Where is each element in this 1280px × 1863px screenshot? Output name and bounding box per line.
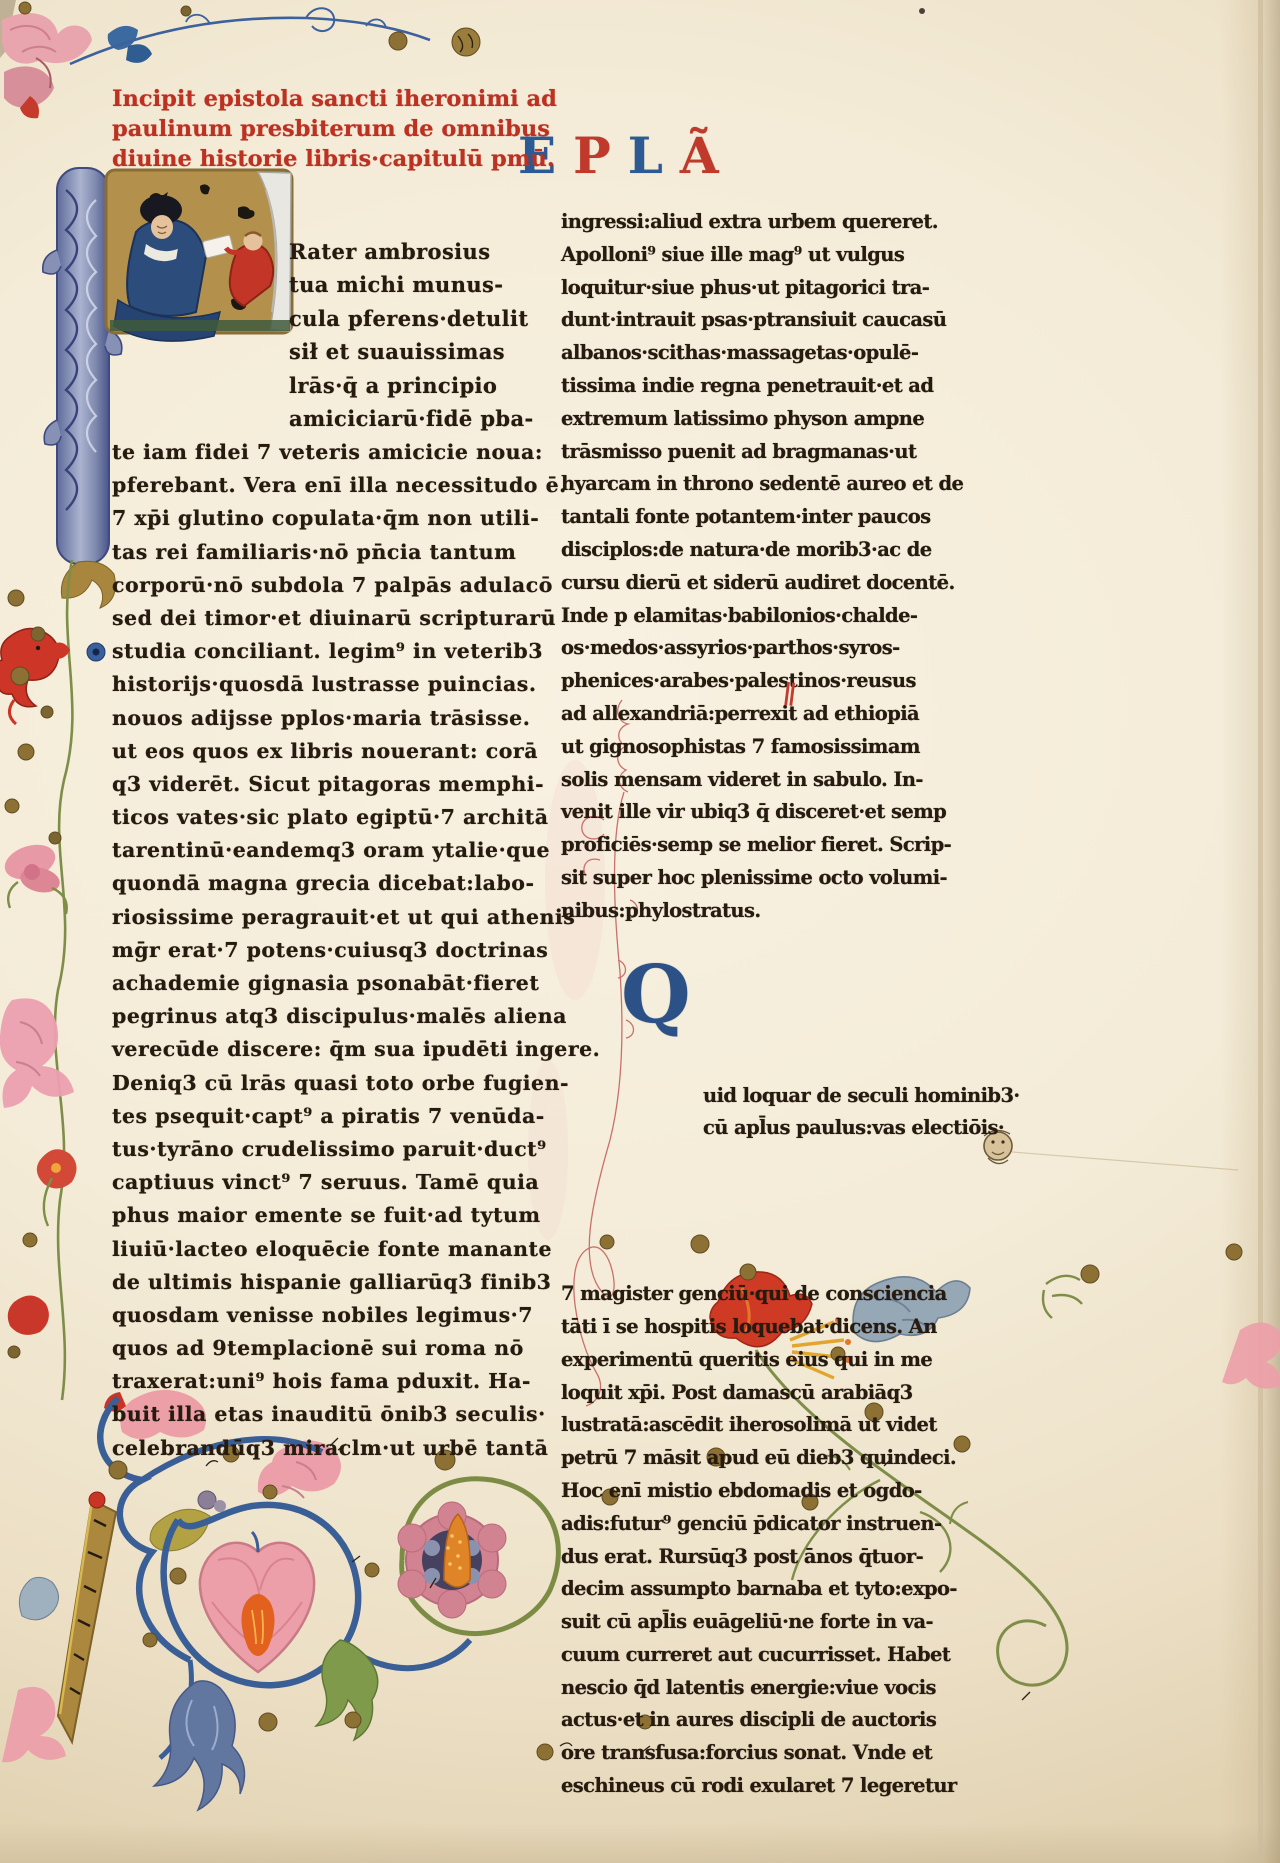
text-line: experimentū queritis eius qui in me	[561, 1344, 891, 1377]
text-line: tas rei familiaris·nō pn̄cia tantum	[112, 536, 600, 569]
text-line: hyarcam in throno sedentē aureo et de	[561, 468, 891, 501]
illuminated-initial-q: Q	[621, 954, 691, 1034]
text-line: te iam fidei 7 veteris amicicie noua:	[112, 436, 600, 469]
text-line: suit cū apl̄is euāgeliū·ne forte in va-	[561, 1606, 891, 1639]
text-line: historijs·quosdā lustrasse puincias.	[112, 668, 600, 701]
text-line: 7 magister genciū·qui de consciencia	[561, 1278, 891, 1311]
text-line: petrū 7 māsit apud eū dieb3 quindeci.	[561, 1442, 891, 1475]
text-line: sed dei timor·et diuinarū scripturarū	[112, 602, 600, 635]
text-line: tantali fonte potantem·inter paucos	[561, 501, 891, 534]
text-line: ut gignosophistas 7 famosissimam	[561, 731, 891, 764]
text-line: loquitur·siue phus·ut pitagorici tra-	[561, 272, 891, 305]
text-line: lrās·q̄ a principio	[289, 369, 534, 402]
text-line: ingressi:aliud extra urbem quereret.	[561, 206, 891, 239]
left-text-column: te iam fidei 7 veteris amicicie noua:pfe…	[112, 398, 600, 1465]
text-line: lustratā:ascēdit iherosolimā ut videt	[561, 1409, 891, 1442]
text-line: phenices·arabes·palestinos·reusus	[561, 665, 891, 698]
text-line: pferebant. Vera enī illa necessitudo ē.	[112, 469, 600, 502]
text-line: adis:futur⁹ genciū p̄dicator instruen-	[561, 1508, 891, 1541]
text-line: tua michi munus-	[289, 268, 534, 301]
text-line: verecūde discere: q̄m sua ipudēti ingere…	[112, 1033, 600, 1066]
text-line: albanos·scithas·massagetas·opulē-	[561, 337, 891, 370]
text-line: nibus:phylostratus.	[561, 895, 891, 928]
right-column-upper: ingressi:aliud extra urbem quereret.Apol…	[561, 149, 891, 928]
page-bottom-edge-shading	[0, 1823, 1280, 1863]
text-line: tissima indie regna penetrauit·et ad	[561, 370, 891, 403]
right-text-column: ingressi:aliud extra urbem quereret.Apol…	[561, 111, 891, 1822]
text-line: traxerat:uni⁹ hois fama pduxit. Ha-	[112, 1365, 600, 1398]
text-line: tāti ī se hospitis loquebat·dicens. An	[561, 1311, 891, 1344]
text-line: sit super hoc plenissime octo volumi-	[561, 862, 891, 895]
text-line: ore transfusa:forcius sonat. Vnde et	[561, 1737, 891, 1770]
text-line: riosissime peragrauit·et ut qui athenis	[112, 901, 600, 934]
text-line: cuum curreret aut cucurrisset. Habet	[561, 1639, 891, 1672]
text-line: dus erat. Rursūq3 post ānos q̄tuor-	[561, 1541, 891, 1574]
text-line: Hoc enī mistio ebdomadis et ogdo-	[561, 1475, 891, 1508]
page-right-edge-shading	[1220, 0, 1280, 1863]
right-column-lower: 7 magister genciū·qui de conscienciatāti…	[561, 1221, 891, 1803]
left-border-decoration	[0, 560, 105, 1400]
text-line: tes psequit·capt⁹ a piratis 7 venūda-	[112, 1100, 600, 1133]
text-line: solis mensam videret in sabulo. In-	[561, 764, 891, 797]
margin-face-doodle	[984, 1130, 1238, 1170]
text-line: mḡr erat·7 potens·cuiusq3 doctrinas	[112, 934, 600, 967]
rose-flower	[398, 1502, 506, 1618]
text-line: disciplos:de natura·de morib3·ac de	[561, 534, 891, 567]
text-line: quosdam venisse nobiles legimus·7	[112, 1299, 600, 1332]
text-line: ad allexandriā:perrexit ad ethiopiā	[561, 698, 891, 731]
text-line: cursu dierū et siderū audiret docentē.	[561, 567, 891, 600]
text-line: 7 xp̄i glutino copulata·q̄m non utili-	[112, 502, 600, 535]
text-line: q3 viderēt. Sicut pitagoras memphi-	[112, 768, 600, 801]
text-line: decim assumpto barnaba et tyto:expo-	[561, 1573, 891, 1606]
text-line: pegrinus atq3 discipulus·malēs aliena	[112, 1000, 600, 1033]
text-line: quos ad 9templacionē sui roma nō	[112, 1332, 600, 1365]
text-line: actus·et in aures discipli de auctoris	[561, 1704, 891, 1737]
text-line: tarentinū·eandemq3 oram ytalie·que	[112, 834, 600, 867]
text-line: liuiū·lacteo eloquēcie fonte manante	[112, 1233, 600, 1266]
text-line: ticos vates·sic plato egiptū·7 architā	[112, 801, 600, 834]
text-line: tus·tyrāno crudelissimo paruit·duct⁹	[112, 1133, 600, 1166]
text-line: de ultimis hispanie galliarūq3 finib3	[112, 1266, 600, 1299]
text-line: os·medos·assyrios·parthos·syros-	[561, 632, 891, 665]
text-line: studia conciliant. legim⁹ in veterib3	[112, 635, 600, 668]
text-line: eschineus cū rodi exularet 7 legeretur	[561, 1770, 891, 1803]
text-line: achademie gignasia psonabāt·fieret	[112, 967, 600, 1000]
text-line: Deniq3 cū lrās quasi toto orbe fugien-	[112, 1067, 600, 1100]
text-line: loquit xp̄i. Post damascū arabiāq3	[561, 1377, 891, 1410]
text-line: buit illa etas inauditū ōnib3 seculis·	[112, 1398, 600, 1431]
text-line: extremum latissimo physon ampne	[561, 403, 891, 436]
text-line: corporū·nō subdola 7 palpās adulacō	[112, 569, 600, 602]
text-line: cula pferens·detulit	[289, 302, 534, 335]
text-line: trāsmisso puenit ad bragmanas·ut	[561, 436, 891, 469]
text-line: uid loquar de seculi hominib3·	[561, 1080, 891, 1113]
text-line: phus maior emente se fuit·ad tytum	[112, 1199, 600, 1232]
gutenberg-bible-page: { "page_heading": { "letters": [ {"char"…	[0, 0, 1280, 1863]
text-line: sił et suauissimas	[289, 335, 534, 368]
rubric-line: diuine historie libris·capitulū pmū.	[112, 144, 557, 174]
text-line: captiuus vinct⁹ 7 seruus. Tamē quia	[112, 1166, 600, 1199]
rubric: Incipit epistola sancti iheronimi adpaul…	[112, 84, 557, 174]
q-paragraph: Q uid loquar de seculi hominib3·cū apl̄u…	[561, 966, 891, 1184]
text-line: dunt·intrauit psas·ptransiuit caucasū	[561, 304, 891, 337]
text-line: nouos adijsse pplos·maria trāsisse.	[112, 702, 600, 735]
text-line: Apolloni⁹ siue ille mag⁹ ut vulgus	[561, 239, 891, 272]
text-line: celebrandūq3 miraclm·ut urbē tantā	[112, 1432, 600, 1465]
text-line: venit ille vir ubiq3 q̄ disceret·et semp	[561, 796, 891, 829]
rubric-line: paulinum presbiterum de omnibus	[112, 114, 557, 144]
text-line: Inde p elamitas·babilonios·chalde-	[561, 600, 891, 633]
text-line: nescio q̄d latentis energie:viue vocis	[561, 1672, 891, 1705]
q-paragraph-lines: uid loquar de seculi hominib3·cū apl̄us …	[561, 1023, 891, 1146]
text-line: quondā magna grecia dicebat:labo-	[112, 867, 600, 900]
rubric-line: Incipit epistola sancti iheronimi ad	[112, 84, 557, 114]
text-line: ut eos quos ex libris nouerant: corā	[112, 735, 600, 768]
text-line: proficiēs·semp se melior fieret. Scrip-	[561, 829, 891, 862]
text-line: cū apl̄us paulus:vas electiōis·	[561, 1112, 891, 1145]
text-line: Rater ambrosius	[289, 235, 534, 268]
page-gutter-shadow	[0, 0, 16, 58]
